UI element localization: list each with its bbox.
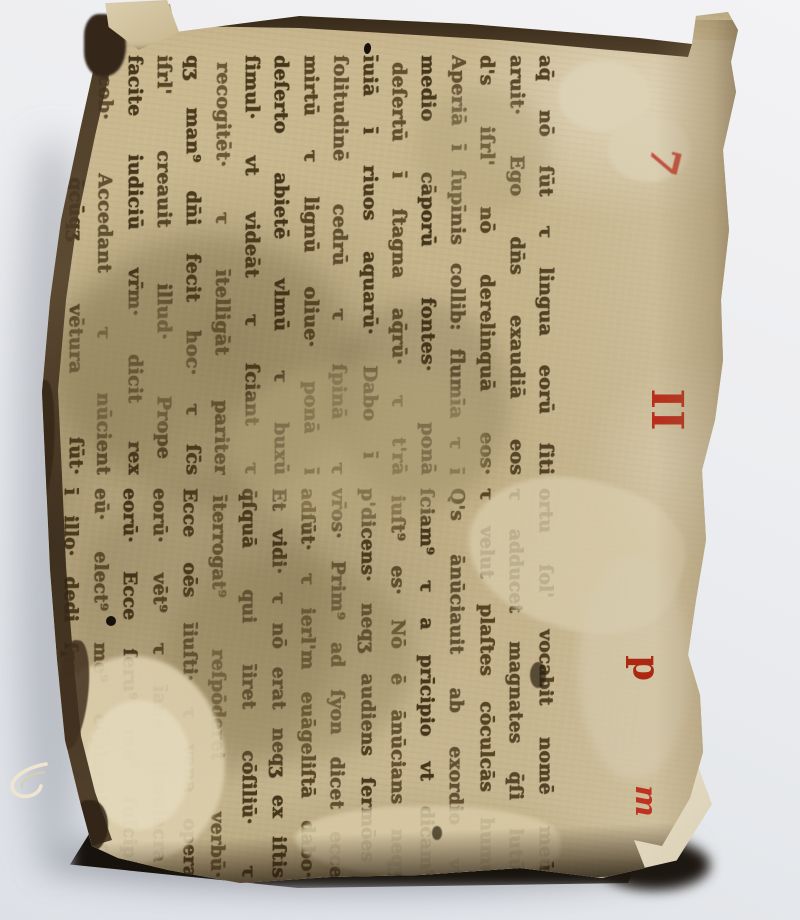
ink-blot bbox=[530, 662, 546, 688]
ink-smudge bbox=[52, 288, 207, 443]
ink-smudge bbox=[228, 362, 493, 527]
manuscript-line: recogitēt· τ ītelligāt pariter bbox=[206, 55, 238, 475]
wormhole-text-area bbox=[106, 616, 116, 626]
manuscript-photograph: aq̄ nō ſūt τ lingua eorū ſitiaruit· Ego … bbox=[0, 0, 800, 920]
parchment-codex: aq̄ nō ſūt τ lingua eorū ſitiaruit· Ego … bbox=[0, 0, 800, 920]
deckle-right-edge bbox=[655, 20, 740, 890]
binding-thread bbox=[0, 758, 64, 816]
